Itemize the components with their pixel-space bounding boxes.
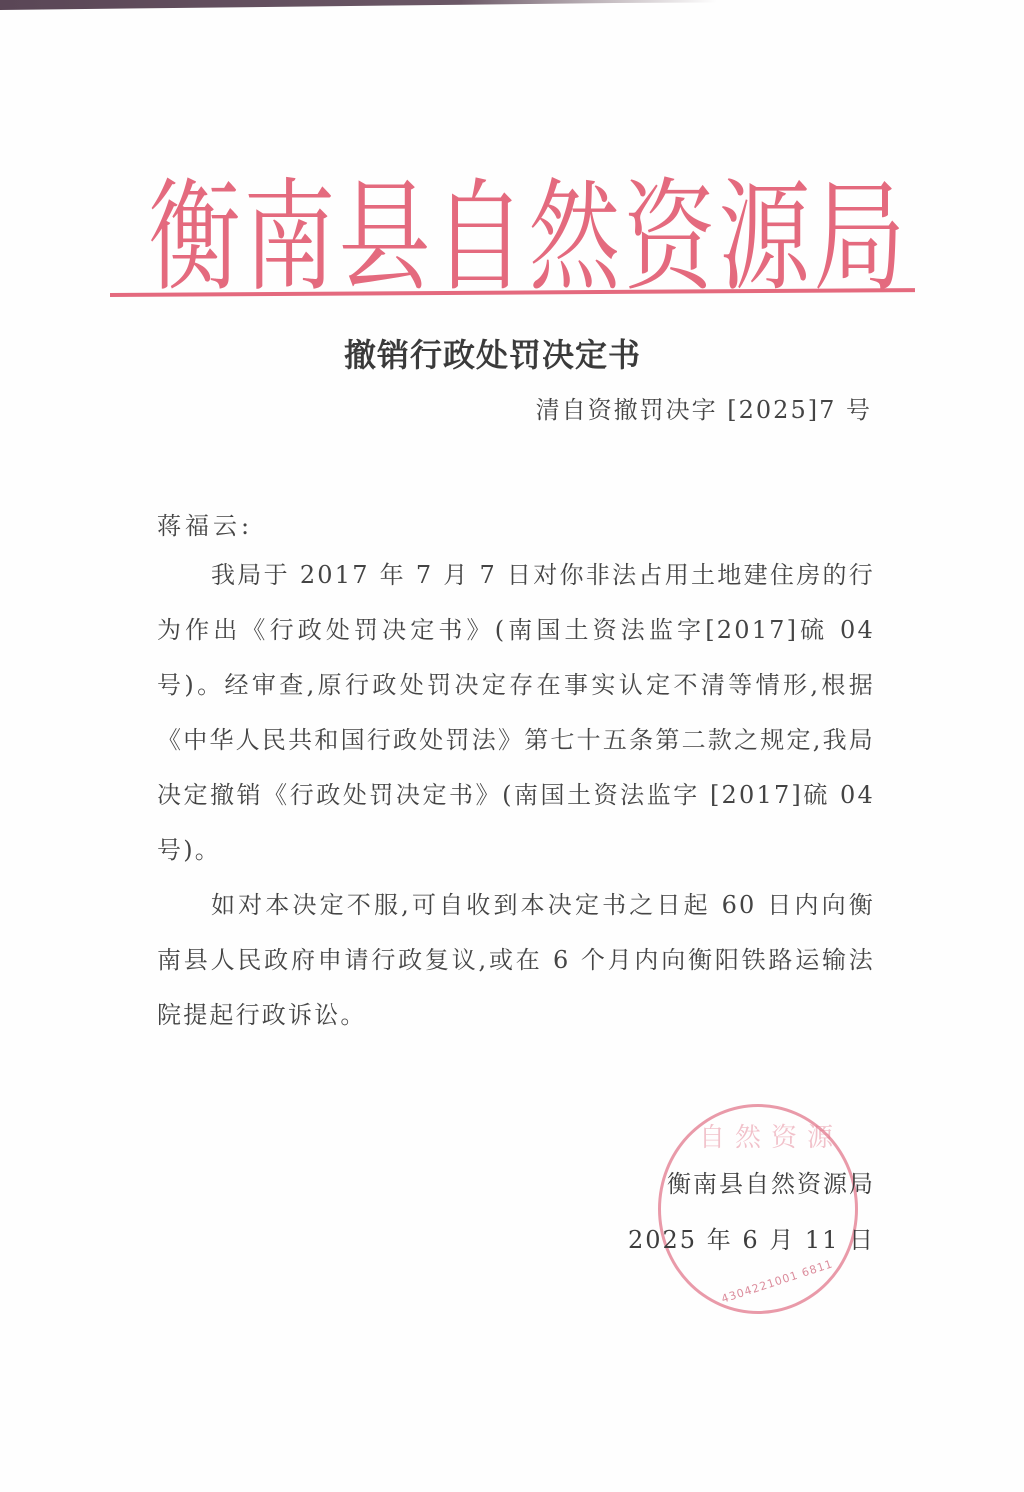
letterhead-char: 自	[434, 168, 512, 308]
letterhead-char: 南	[244, 168, 322, 308]
document-body: 我局于 2017 年 7 月 7 日对你非法占用土地建住房的行为作出《行政处罚决…	[157, 548, 875, 1043]
photo-top-edge	[0, 0, 1024, 10]
signature-date: 2025 年 6 月 11 日	[628, 1212, 875, 1268]
signature-agency: 衡南县自然资源局	[628, 1156, 875, 1212]
letterhead-char: 源	[719, 168, 797, 308]
letterhead-agency-name: 衡 南 县 自 然 资 源 局	[140, 168, 900, 308]
seal-text: 自然资源	[699, 1117, 843, 1154]
letterhead-char: 衡	[149, 168, 227, 308]
letterhead-char: 县	[339, 168, 417, 308]
recipient: 蒋福云:	[157, 506, 253, 541]
letterhead-char: 资	[624, 168, 702, 308]
document-title: 撤销行政处罚决定书	[344, 330, 641, 376]
document-number: 清自资撤罚决字 [2025]7 号	[536, 390, 872, 425]
signature-block: 衡南县自然资源局 2025 年 6 月 11 日	[628, 1156, 875, 1268]
body-paragraph: 如对本决定不服,可自收到本决定书之日起 60 日内向衡南县人民政府申请行政复议,…	[157, 878, 875, 1043]
letterhead-char: 然	[529, 168, 607, 308]
body-paragraph: 我局于 2017 年 7 月 7 日对你非法占用土地建住房的行为作出《行政处罚决…	[157, 548, 875, 878]
